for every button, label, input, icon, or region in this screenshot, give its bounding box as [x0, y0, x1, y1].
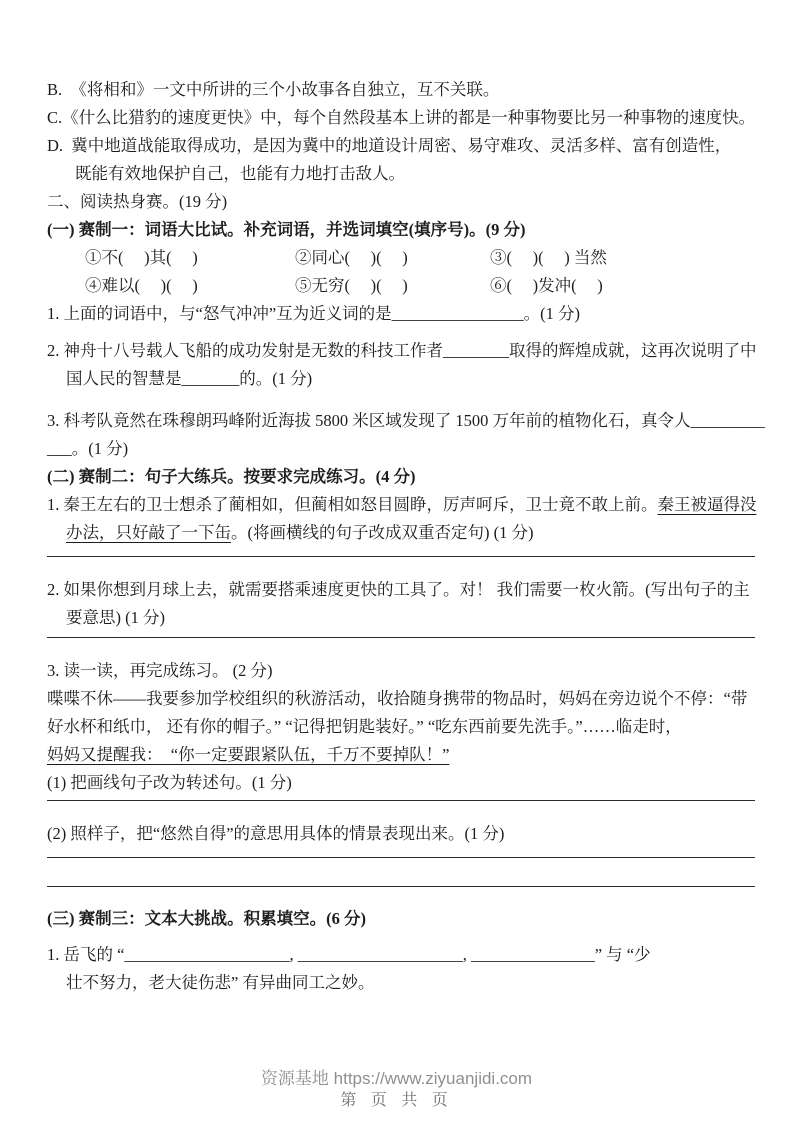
part-2-heading: (二) 赛制二：句子大练兵。按要求完成练习。(4 分) [47, 463, 755, 491]
part2-q1-text: 1. 秦王左右的卫士想杀了蔺相如，但蔺相如怒目圆睁，厉声呵斥，卫士竟不敢上前。 [47, 495, 658, 514]
answer-rule-5 [47, 886, 755, 887]
part1-question-3-line1: 3. 科考队竟然在珠穆朗玛峰附近海拔 5800 米区域发现了 1500 万年前的… [47, 407, 755, 435]
answer-rule-3 [47, 800, 755, 801]
word-fill-row-1: ①不( )其( ) ②同心( )( ) ③( )( ) 当然 [47, 244, 755, 272]
part2-question-2-line1: 2. 如果你想到月球上去，就需要搭乘速度更快的工具了。对！ 我们需要一枚火箭。(… [47, 576, 755, 604]
part-3-heading: (三) 赛制三：文本大挑战。积累填空。(6 分) [47, 905, 755, 933]
section-2-heading: 二、阅读热身赛。(19 分) [47, 188, 755, 216]
answer-rule-2 [47, 637, 755, 638]
part1-question-2-line2: 国人民的智慧是_______的。(1 分) [47, 365, 755, 393]
answer-rule-1 [47, 556, 755, 557]
choice-option-d-line2: 既能有效地保护自己，也能有力地打击敌人。 [47, 160, 755, 188]
word-blank-4: ④难以( )( ) [85, 272, 295, 300]
part2-question-3-heading: 3. 读一读，再完成练习。 (2 分) [47, 657, 755, 685]
passage-line-1: 喋喋不休——我要参加学校组织的秋游活动，收拾随身携带的物品时，妈妈在旁边说个不停… [47, 685, 755, 713]
passage-line-2: 好水杯和纸巾， 还有你的帽子。” “记得把钥匙装好。” “吃东西前要先洗手。”…… [47, 713, 755, 741]
part3-question-1-line2: 壮不努力，老大徒伤悲” 有异曲同工之妙。 [47, 969, 755, 997]
part2-question-2-line2: 要意思) (1 分) [47, 604, 755, 632]
part2-q1-instruction: 。(将画横线的句子改成双重否定句) (1 分) [231, 523, 533, 542]
word-blank-2: ②同心( )( ) [295, 244, 490, 272]
word-fill-row-2: ④难以( )( ) ⑤无穷( )( ) ⑥( )发冲( ) [47, 272, 755, 300]
part1-question-2-line1: 2. 神舟十八号载人飞船的成功发射是无数的科技工作者________取得的辉煌成… [47, 337, 755, 365]
word-blank-3: ③( )( ) 当然 [490, 244, 755, 272]
part2-question-1-line1: 1. 秦王左右的卫士想杀了蔺相如，但蔺相如怒目圆睁，厉声呵斥，卫士竟不敢上前。秦… [47, 491, 755, 519]
part2-question-3-sub1: (1) 把画线句子改为转述句。(1 分) [47, 769, 755, 797]
word-blank-6: ⑥( )发冲( ) [490, 272, 755, 300]
part-1-heading: (一) 赛制一：词语大比试。补充词语，并选词填空(填序号)。(9 分) [47, 216, 755, 244]
part2-q1-underlined-start: 秦王被逼得没 [658, 495, 757, 514]
word-blank-1: ①不( )其( ) [85, 244, 295, 272]
choice-option-b: B. 《将相和》一文中所讲的三个小故事各自独立，互不关联。 [47, 76, 755, 104]
part1-question-3-line2: ___。(1 分) [47, 435, 755, 463]
exam-page: B. 《将相和》一文中所讲的三个小故事各自独立，互不关联。 C.《什么比猎豹的速… [0, 0, 793, 1121]
answer-rule-4 [47, 857, 755, 858]
passage-underlined-sentence: 妈妈又提醒我： “你一定要跟紧队伍，千万不要掉队！” [47, 745, 449, 764]
part1-question-1: 1. 上面的词语中，与“怒气冲冲”互为近义词的是________________… [47, 300, 755, 328]
choice-option-d-line1: D. 冀中地道战能取得成功，是因为冀中的地道设计周密、易守难攻、灵活多样、富有创… [47, 132, 755, 160]
word-blank-5: ⑤无穷( )( ) [295, 272, 490, 300]
part2-question-3-sub2: (2) 照样子，把“悠然自得”的意思用具体的情景表现出来。(1 分) [47, 820, 755, 848]
passage-line-3: 妈妈又提醒我： “你一定要跟紧队伍，千万不要掉队！” [47, 741, 755, 769]
part2-q1-underlined-end: 办法，只好敲了一下缶 [66, 523, 231, 542]
part3-question-1-line1: 1. 岳飞的 “____________________, __________… [47, 941, 755, 969]
footer-page-number: 第 页 共 页 [0, 1087, 793, 1110]
part2-question-1-line2: 办法，只好敲了一下缶。(将画横线的句子改成双重否定句) (1 分) [47, 519, 755, 547]
exam-content: B. 《将相和》一文中所讲的三个小故事各自独立，互不关联。 C.《什么比猎豹的速… [47, 0, 755, 997]
footer-site-text: 资源基地 https://www.ziyuanjidi.com [0, 1064, 793, 1089]
choice-option-c: C.《什么比猎豹的速度更快》中，每个自然段基本上讲的都是一种事物要比另一种事物的… [47, 104, 755, 132]
